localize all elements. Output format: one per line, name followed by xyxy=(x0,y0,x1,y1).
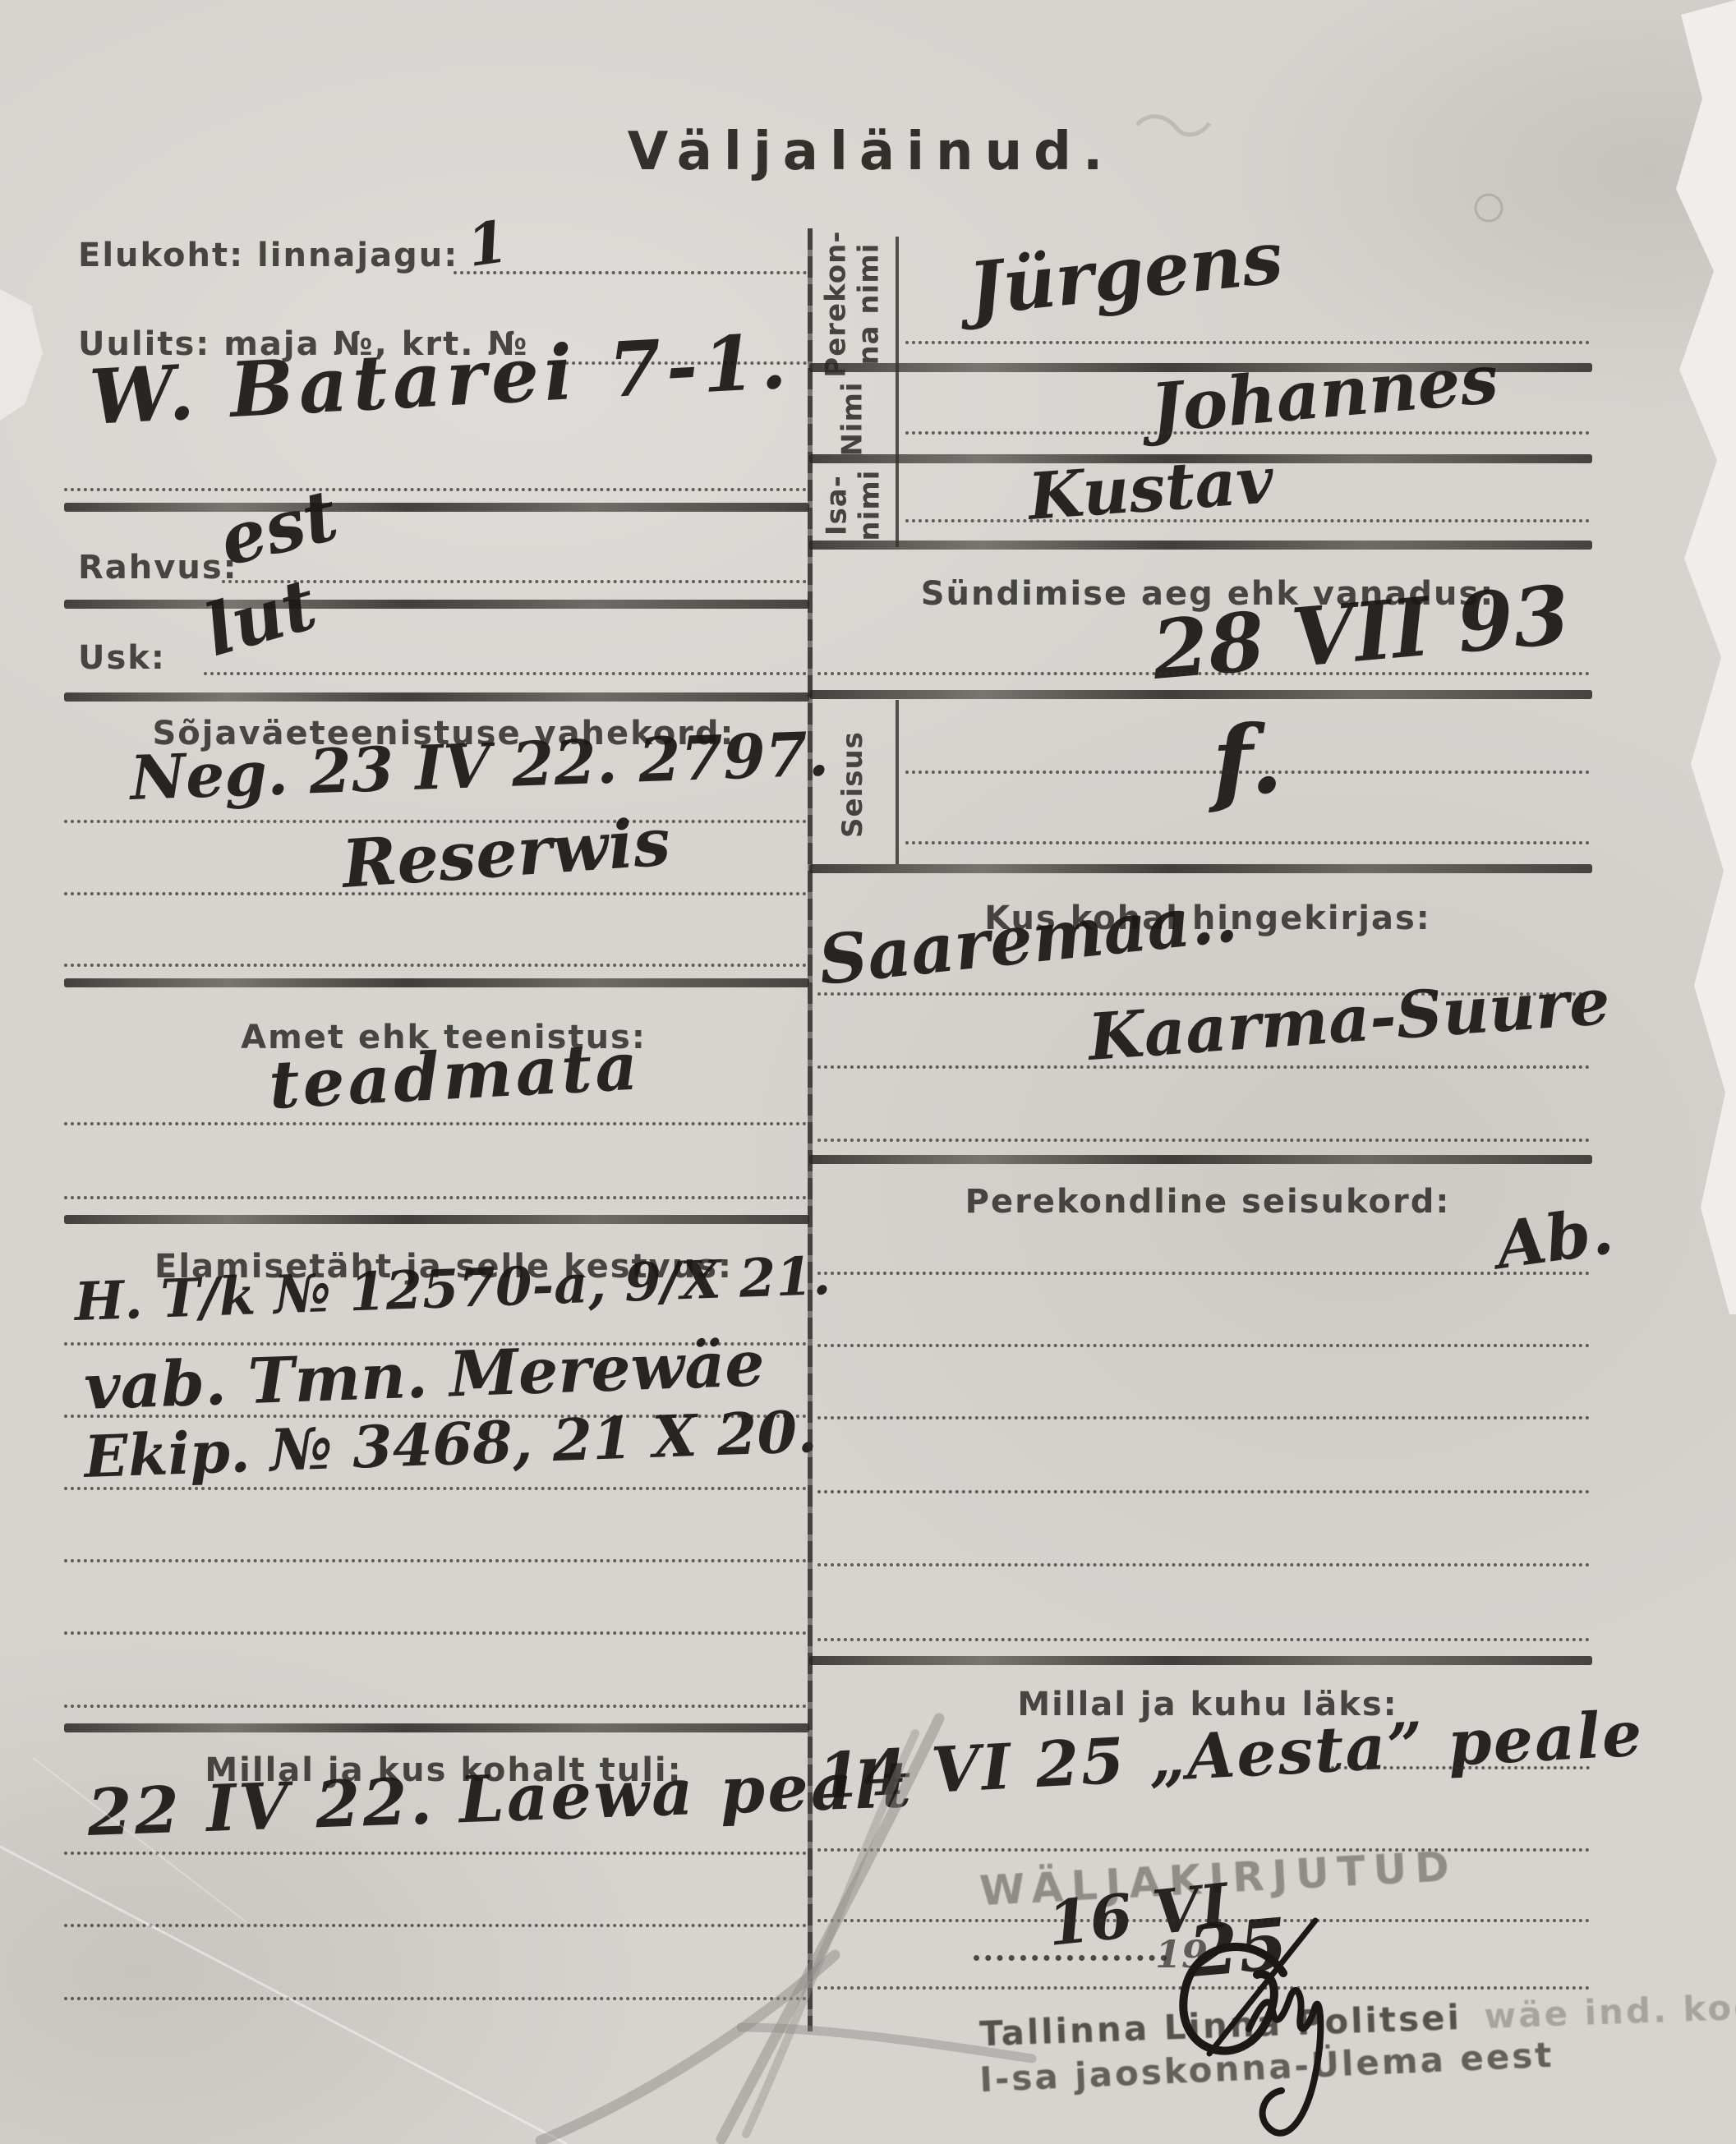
scanned-form: Väljaläinud. Elukoht: linnajagu: 1 Uulit… xyxy=(0,0,1736,2144)
stain-mark xyxy=(1476,195,1502,221)
pencil-squiggle xyxy=(1137,117,1209,135)
pencil-stroke xyxy=(746,1733,915,2134)
annotations-overlay xyxy=(0,0,1736,2144)
crease-line xyxy=(33,1758,246,1922)
torn-edge xyxy=(0,289,43,421)
crease-line xyxy=(0,1847,567,2144)
torn-edge xyxy=(1676,0,1736,1314)
pencil-stroke xyxy=(541,1955,835,2141)
signature xyxy=(1183,1921,1320,2133)
